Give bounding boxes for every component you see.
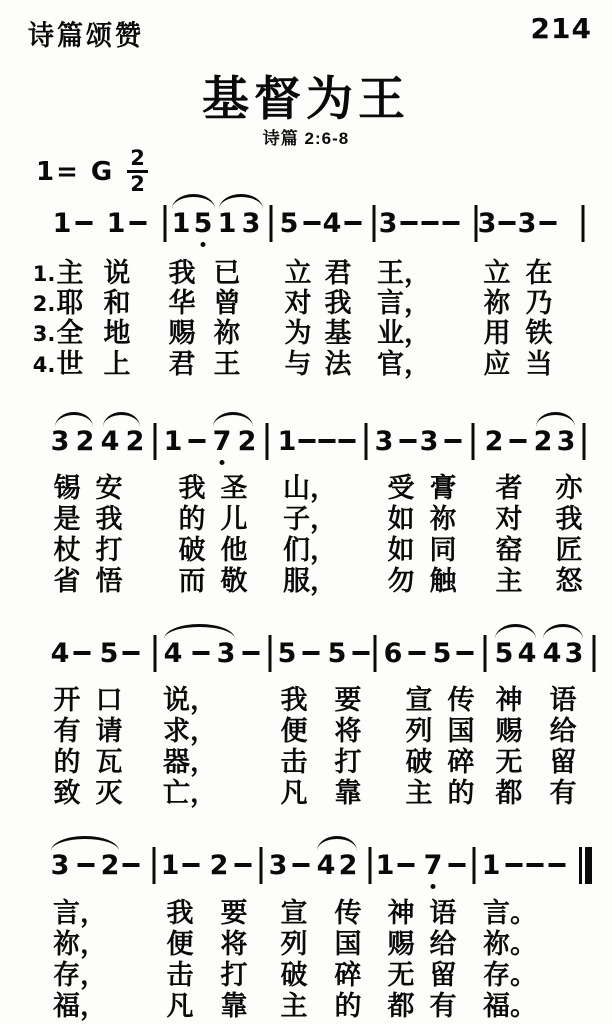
note-dash <box>353 651 370 655</box>
lyric-syllable: 言， <box>377 290 431 317</box>
lyric-syllable: 器， <box>163 749 217 776</box>
lyric-syllable: 的 <box>335 993 362 1020</box>
lyric-syllable: 儿 <box>221 506 248 533</box>
note-dash <box>400 439 417 443</box>
note-digit: 5 <box>495 640 514 667</box>
note-digit: 4 <box>317 852 336 879</box>
note-digit: 3 <box>242 210 261 237</box>
note-digit: 1 <box>482 852 501 879</box>
lyric-syllable: 而 <box>179 568 206 595</box>
lyric-syllable: 赐 <box>496 718 523 745</box>
note-dash <box>303 651 320 655</box>
lyric-syllable: 官， <box>377 351 431 378</box>
note-dash <box>123 863 140 867</box>
note-digit: 2 <box>210 852 229 879</box>
lyric-syllable: 用 <box>484 320 511 347</box>
note-digit: 2 <box>101 852 120 879</box>
note-dash <box>304 221 321 225</box>
lyric-syllable: 破 <box>406 749 433 776</box>
note-digit: 5 <box>278 640 297 667</box>
lyric-syllable: 致 <box>54 780 81 807</box>
lyric-syllable: 赐 <box>388 931 415 958</box>
lyric-syllable: 我 <box>325 290 352 317</box>
note-digit: 1 <box>107 210 126 237</box>
lyric-syllable: 祢 <box>214 320 241 347</box>
slur-arc <box>495 624 536 639</box>
note-digit: 1 <box>53 210 72 237</box>
note-digit: 2 <box>534 428 553 455</box>
lyric-syllable: 耶 <box>57 290 84 317</box>
lyric-syllable: 世 <box>57 351 84 378</box>
note-digit: 5 <box>100 640 119 667</box>
lyric-syllable: 有 <box>54 718 81 745</box>
lyric-syllable: 我 <box>281 687 308 714</box>
verse-number: 1. <box>33 260 56 285</box>
octave-low-dot <box>220 460 225 465</box>
key-tonic: 1= G <box>36 157 114 187</box>
lyric-syllable: 基 <box>325 320 352 347</box>
lyric-syllable: 凡 <box>167 993 194 1020</box>
barline <box>583 423 586 460</box>
note-dash <box>445 439 462 443</box>
lyric-syllable: 在 <box>526 260 553 287</box>
lyric-syllable: 言。 <box>483 900 537 927</box>
barline <box>270 205 273 242</box>
note-digit: 1 <box>278 428 297 455</box>
lyric-syllable: 全 <box>57 320 84 347</box>
note-dash <box>457 651 474 655</box>
note-dash <box>189 439 206 443</box>
lyric-syllable: 亡， <box>163 780 217 807</box>
note-dash <box>193 651 210 655</box>
lyric-syllable: 便 <box>281 718 308 745</box>
lyric-syllable: 敬 <box>221 568 248 595</box>
lyric-syllable: 将 <box>221 931 248 958</box>
note-digit: 3 <box>557 428 576 455</box>
lyric-syllable: 悟 <box>96 568 123 595</box>
note-digit: 3 <box>269 852 288 879</box>
lyric-syllable: 都 <box>496 780 523 807</box>
note-dash <box>409 651 426 655</box>
lyric-syllable: 王 <box>214 351 241 378</box>
final-barline-thin <box>579 847 582 884</box>
verse-number: 3. <box>33 320 56 345</box>
slur-arc <box>103 412 140 427</box>
lyric-syllable: 靠 <box>335 780 362 807</box>
lyric-syllable: 有 <box>550 780 577 807</box>
lyric-syllable: 言， <box>53 900 107 927</box>
lyric-syllable: 无 <box>388 962 415 989</box>
lyric-syllable: 便 <box>167 931 194 958</box>
lyric-syllable: 赐 <box>169 320 196 347</box>
barline <box>374 635 377 672</box>
lyric-syllable: 无 <box>496 749 523 776</box>
note-digit: 3 <box>478 210 497 237</box>
verse-number: 4. <box>33 351 56 376</box>
lyric-syllable: 他 <box>221 537 248 564</box>
lyric-syllable: 瓦 <box>96 749 123 776</box>
barline <box>484 635 487 672</box>
note-digit: 2 <box>485 428 504 455</box>
verse-number: 2. <box>33 290 56 315</box>
lyric-syllable: 触 <box>430 568 457 595</box>
lyric-syllable: 锡 <box>54 475 81 502</box>
lyric-syllable: 宣 <box>281 900 308 927</box>
barline <box>269 635 272 672</box>
barline <box>153 847 156 884</box>
lyric-syllable: 主 <box>281 993 308 1020</box>
lyric-syllable: 列 <box>281 931 308 958</box>
key-signature: 1= G 2 2 <box>36 148 148 195</box>
lyric-syllable: 对 <box>285 290 312 317</box>
lyric-syllable: 的 <box>448 780 475 807</box>
lyric-syllable: 膏 <box>430 475 457 502</box>
note-digit: 1 <box>161 852 180 879</box>
lyric-syllable: 乃 <box>526 290 553 317</box>
barline <box>593 635 596 672</box>
hymn-title: 基督为王 <box>0 62 612 129</box>
slur-arc <box>219 194 263 209</box>
note-digit: 5 <box>328 640 347 667</box>
note-digit: 5 <box>194 210 213 237</box>
barline <box>260 847 263 884</box>
note-digit: 1 <box>218 210 237 237</box>
barline <box>473 847 476 884</box>
lyric-syllable: 要 <box>221 900 248 927</box>
lyric-syllable: 受 <box>388 475 415 502</box>
lyric-syllable: 窑 <box>496 537 523 564</box>
lyric-syllable: 同 <box>430 537 457 564</box>
lyric-syllable: 留 <box>550 749 577 776</box>
note-digit: 2 <box>238 428 257 455</box>
barline <box>472 423 475 460</box>
lyric-syllable: 应 <box>484 351 511 378</box>
slur-arc <box>317 836 357 851</box>
lyric-syllable: 击 <box>281 749 308 776</box>
slur-arc <box>55 412 93 427</box>
barline <box>369 847 372 884</box>
lyric-syllable: 立 <box>285 260 312 287</box>
lyric-syllable: 传 <box>335 900 362 927</box>
barline <box>582 205 585 242</box>
lyric-syllable: 主 <box>57 260 84 287</box>
note-dash <box>299 439 316 443</box>
lyric-syllable: 立 <box>484 260 511 287</box>
lyric-syllable: 将 <box>335 718 362 745</box>
lyric-syllable: 杖 <box>54 537 81 564</box>
lyric-syllable: 我 <box>169 260 196 287</box>
note-digit: 4 <box>323 210 342 237</box>
note-digit: 3 <box>217 640 236 667</box>
note-dash <box>527 863 544 867</box>
note-dash <box>398 863 415 867</box>
lyric-syllable: 是 <box>54 506 81 533</box>
note-dash <box>443 221 460 225</box>
lyric-syllable: 上 <box>104 351 131 378</box>
time-signature: 2 2 <box>127 148 148 195</box>
octave-low-dot <box>201 242 206 247</box>
note-dash <box>319 439 336 443</box>
note-dash <box>549 863 566 867</box>
lyric-syllable: 语 <box>430 900 457 927</box>
lyric-syllable: 王， <box>377 260 431 287</box>
lyric-syllable: 灭 <box>96 780 123 807</box>
lyric-syllable: 省 <box>54 568 81 595</box>
note-dash <box>422 221 439 225</box>
hymnal-page: 诗篇颂赞 214 基督为王 诗篇 2:6-8 1= G 2 2 11151354… <box>0 0 612 1024</box>
lyric-syllable: 打 <box>221 962 248 989</box>
lyric-syllable: 都 <box>388 993 415 1020</box>
lyric-syllable: 子， <box>283 506 337 533</box>
lyric-syllable: 说， <box>163 687 217 714</box>
note-digit: 7 <box>424 852 443 879</box>
note-digit: 6 <box>384 640 403 667</box>
lyric-syllable: 祢 <box>484 290 511 317</box>
lyric-syllable: 碎 <box>448 749 475 776</box>
lyric-syllable: 请 <box>96 718 123 745</box>
lyric-syllable: 语 <box>550 687 577 714</box>
note-dash <box>76 221 93 225</box>
page-number: 214 <box>531 12 592 45</box>
slur-arc <box>172 194 215 209</box>
lyric-syllable: 祢， <box>53 931 107 958</box>
lyric-syllable: 存， <box>53 962 107 989</box>
scripture-reference: 诗篇 2:6-8 <box>0 124 612 149</box>
lyric-syllable: 口 <box>96 687 123 714</box>
lyric-syllable: 破 <box>179 537 206 564</box>
octave-low-dot <box>431 884 436 889</box>
lyric-syllable: 宣 <box>406 687 433 714</box>
note-dash <box>78 863 95 867</box>
note-digit: 2 <box>126 428 145 455</box>
lyric-syllable: 君 <box>169 351 196 378</box>
note-digit: 4 <box>518 640 537 667</box>
barline <box>365 423 368 460</box>
lyric-syllable: 们， <box>283 537 337 564</box>
note-dash <box>510 439 527 443</box>
lyric-syllable: 为 <box>285 320 312 347</box>
lyric-syllable: 靠 <box>221 993 248 1020</box>
note-dash <box>183 863 200 867</box>
final-barline <box>579 847 591 884</box>
note-dash <box>293 863 310 867</box>
lyric-syllable: 怒 <box>556 568 583 595</box>
note-dash <box>499 221 516 225</box>
note-digit: 1 <box>172 210 191 237</box>
lyric-syllable: 给 <box>550 718 577 745</box>
note-digit: 3 <box>375 428 394 455</box>
note-dash <box>449 863 466 867</box>
lyric-syllable: 主 <box>496 568 523 595</box>
lyric-syllable: 和 <box>104 290 131 317</box>
lyric-syllable: 对 <box>496 506 523 533</box>
lyric-syllable: 求， <box>163 718 217 745</box>
lyric-syllable: 说 <box>104 260 131 287</box>
lyric-syllable: 勿 <box>388 568 415 595</box>
note-dash <box>540 221 557 225</box>
lyric-syllable: 如 <box>388 506 415 533</box>
lyric-syllable: 法 <box>325 351 352 378</box>
lyric-syllable: 给 <box>430 931 457 958</box>
barline <box>154 635 157 672</box>
lyric-syllable: 当 <box>526 351 553 378</box>
note-digit: 2 <box>339 852 358 879</box>
note-dash <box>506 863 523 867</box>
lyric-syllable: 山， <box>283 475 337 502</box>
slur-arc <box>164 624 235 639</box>
lyric-syllable: 曾 <box>214 290 241 317</box>
note-dash <box>339 439 356 443</box>
note-dash <box>74 651 91 655</box>
time-signature-denominator: 2 <box>127 173 148 195</box>
note-digit: 4 <box>164 640 183 667</box>
lyric-syllable: 神 <box>388 900 415 927</box>
lyric-syllable: 留 <box>430 962 457 989</box>
lyric-syllable: 华 <box>169 290 196 317</box>
note-digit: 4 <box>543 640 562 667</box>
lyric-syllable: 与 <box>285 351 312 378</box>
barline <box>266 423 269 460</box>
lyric-syllable: 业， <box>377 320 431 347</box>
note-digit: 4 <box>101 428 120 455</box>
lyric-syllable: 亦 <box>556 475 583 502</box>
lyric-syllable: 打 <box>335 749 362 776</box>
lyric-syllable: 服， <box>283 568 337 595</box>
note-digit: 1 <box>376 852 395 879</box>
note-digit: 3 <box>51 852 70 879</box>
note-dash <box>401 221 418 225</box>
lyric-syllable: 我 <box>179 475 206 502</box>
lyric-syllable: 主 <box>406 780 433 807</box>
lyric-syllable: 有 <box>430 993 457 1020</box>
lyric-syllable: 开 <box>54 687 81 714</box>
slur-arc <box>51 836 119 851</box>
barline <box>154 423 157 460</box>
lyric-syllable: 凡 <box>281 780 308 807</box>
time-signature-numerator: 2 <box>127 148 148 173</box>
lyric-syllable: 我 <box>167 900 194 927</box>
final-barline-thick <box>585 847 592 884</box>
note-digit: 3 <box>565 640 584 667</box>
lyric-syllable: 祢 <box>430 506 457 533</box>
lyric-syllable: 地 <box>104 320 131 347</box>
lyric-syllable: 匠 <box>556 537 583 564</box>
lyric-syllable: 击 <box>167 962 194 989</box>
barline <box>373 205 376 242</box>
lyric-syllable: 如 <box>388 537 415 564</box>
lyric-syllable: 破 <box>281 962 308 989</box>
lyric-syllable: 已 <box>214 260 241 287</box>
lyric-syllable: 君 <box>325 260 352 287</box>
lyric-syllable: 国 <box>335 931 362 958</box>
note-dash <box>243 651 260 655</box>
lyric-syllable: 铁 <box>526 320 553 347</box>
lyric-syllable: 碎 <box>335 962 362 989</box>
lyric-syllable: 福， <box>53 993 107 1020</box>
lyric-syllable: 者 <box>496 475 523 502</box>
lyric-syllable: 的 <box>54 749 81 776</box>
note-dash <box>235 863 252 867</box>
note-digit: 3 <box>51 428 70 455</box>
note-digit: 3 <box>518 210 537 237</box>
lyric-syllable: 存。 <box>483 962 537 989</box>
note-digit: 1 <box>164 428 183 455</box>
note-digit: 3 <box>379 210 398 237</box>
lyric-syllable: 圣 <box>221 475 248 502</box>
note-digit: 5 <box>280 210 299 237</box>
lyric-syllable: 福。 <box>483 993 537 1020</box>
note-dash <box>345 221 362 225</box>
note-digit: 2 <box>76 428 95 455</box>
section-header: 诗篇颂赞 <box>28 14 144 53</box>
lyric-syllable: 列 <box>406 718 433 745</box>
lyric-syllable: 打 <box>96 537 123 564</box>
note-digit: 4 <box>51 640 70 667</box>
note-dash <box>123 651 140 655</box>
lyric-syllable: 的 <box>179 506 206 533</box>
lyric-syllable: 我 <box>96 506 123 533</box>
note-digit: 7 <box>213 428 232 455</box>
lyric-syllable: 我 <box>556 506 583 533</box>
slur-arc <box>213 412 253 427</box>
lyric-syllable: 神 <box>496 687 523 714</box>
lyric-syllable: 要 <box>335 687 362 714</box>
lyric-syllable: 安 <box>96 475 123 502</box>
lyric-syllable: 国 <box>448 718 475 745</box>
note-dash <box>130 221 147 225</box>
note-digit: 5 <box>433 640 452 667</box>
barline <box>164 205 167 242</box>
note-digit: 3 <box>420 428 439 455</box>
lyric-syllable: 祢。 <box>483 931 537 958</box>
slur-arc <box>543 624 583 639</box>
lyric-syllable: 传 <box>448 687 475 714</box>
slur-arc <box>536 412 575 427</box>
